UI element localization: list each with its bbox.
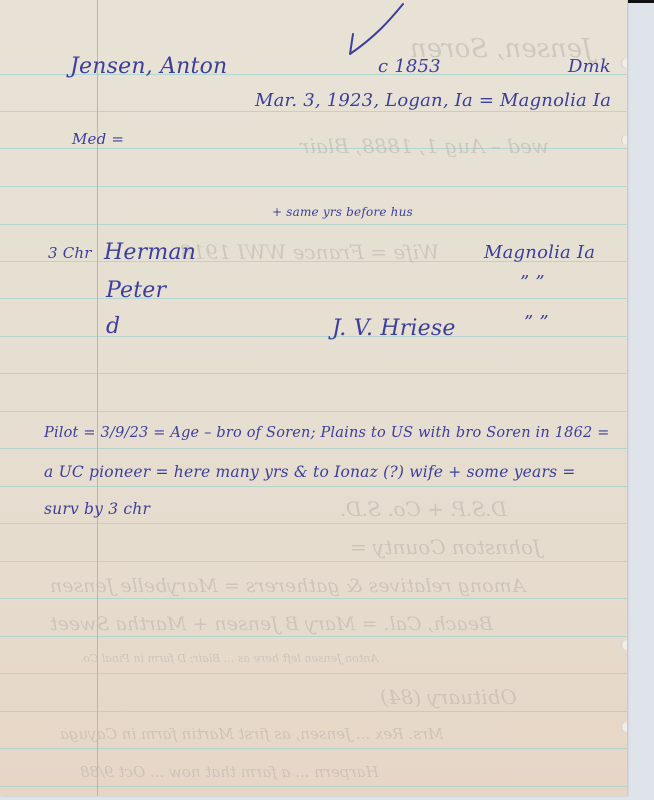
child-residence: ” ” bbox=[524, 312, 549, 333]
bleed-through-text: Johnston County = bbox=[350, 535, 541, 559]
child-name: d bbox=[106, 314, 120, 339]
notebook-page: Jensen, Soren wed – Aug 1, 1888, Blair W… bbox=[0, 0, 627, 796]
child-name: Peter bbox=[106, 278, 166, 303]
bleed-through-text: Mrs. Rex ... Jensen, as first Martin far… bbox=[60, 725, 443, 743]
ruled-line bbox=[0, 298, 627, 299]
ruled-line bbox=[0, 598, 627, 599]
person-name: Jensen, Anton bbox=[70, 54, 227, 79]
bleed-through-text: Obituary (84) bbox=[380, 685, 517, 709]
ruled-line bbox=[0, 561, 627, 562]
margin-line bbox=[97, 0, 98, 796]
child-residence: ” ” bbox=[520, 272, 545, 293]
binder-notch bbox=[621, 135, 627, 145]
children-count: 3 Chr bbox=[48, 244, 92, 262]
ruled-line bbox=[0, 448, 627, 449]
check-mark-icon bbox=[345, 2, 405, 57]
child-spouse: J. V. Hriese bbox=[332, 316, 456, 341]
ruled-line bbox=[0, 111, 627, 112]
ruled-line bbox=[0, 336, 627, 337]
ruled-line bbox=[0, 636, 627, 637]
obituary-line: Pilot = 3/9/23 = Age – bro of Soren; Pla… bbox=[44, 425, 610, 441]
spouse-note: + same yrs before hus bbox=[272, 205, 413, 219]
bleed-through-text: Wife = France WWI 1918 bbox=[180, 240, 439, 264]
obituary-line: a UC pioneer = here many yrs & to Ionaz … bbox=[44, 463, 576, 481]
bleed-through-text: Beach, Cal. = Mary B Jensen + Martha Swe… bbox=[50, 613, 493, 635]
child-name: Herman bbox=[104, 240, 196, 265]
ruled-line bbox=[0, 486, 627, 487]
ruled-line bbox=[0, 673, 627, 674]
child-residence: Magnolia Ia bbox=[484, 242, 595, 263]
bleed-through-text: Anton Jensen left here as ... Blair; D f… bbox=[80, 652, 378, 665]
binder-notch bbox=[621, 722, 627, 732]
death-record: Mar. 3, 1923, Logan, Ia = Magnolia Ia bbox=[255, 90, 611, 111]
ruled-line bbox=[0, 373, 627, 374]
marital-status: Med = bbox=[72, 130, 124, 148]
ruled-line bbox=[0, 786, 627, 787]
bleed-through-text: Harpern ... a farm that now ... Oct 9/88 bbox=[80, 763, 379, 781]
ruled-line bbox=[0, 748, 627, 749]
ruled-line bbox=[0, 411, 627, 412]
ruled-line bbox=[0, 711, 627, 712]
ruled-line bbox=[0, 523, 627, 524]
birth-year: c 1853 bbox=[378, 56, 441, 77]
birth-country: Dmk bbox=[568, 56, 611, 77]
binder-notch bbox=[621, 58, 627, 68]
binder-notch bbox=[621, 640, 627, 650]
bleed-through-text: D.S.P. + Co. S.D. bbox=[340, 497, 507, 521]
bleed-through-text: wed – Aug 1, 1888, Blair bbox=[300, 134, 549, 158]
ruled-line bbox=[0, 186, 627, 187]
scanner-edge-bar bbox=[628, 0, 654, 3]
obituary-line: surv by 3 chr bbox=[44, 500, 150, 518]
bleed-through-text: Among relatives & gatherers = Marybelle … bbox=[50, 575, 525, 597]
ruled-line bbox=[0, 224, 627, 225]
